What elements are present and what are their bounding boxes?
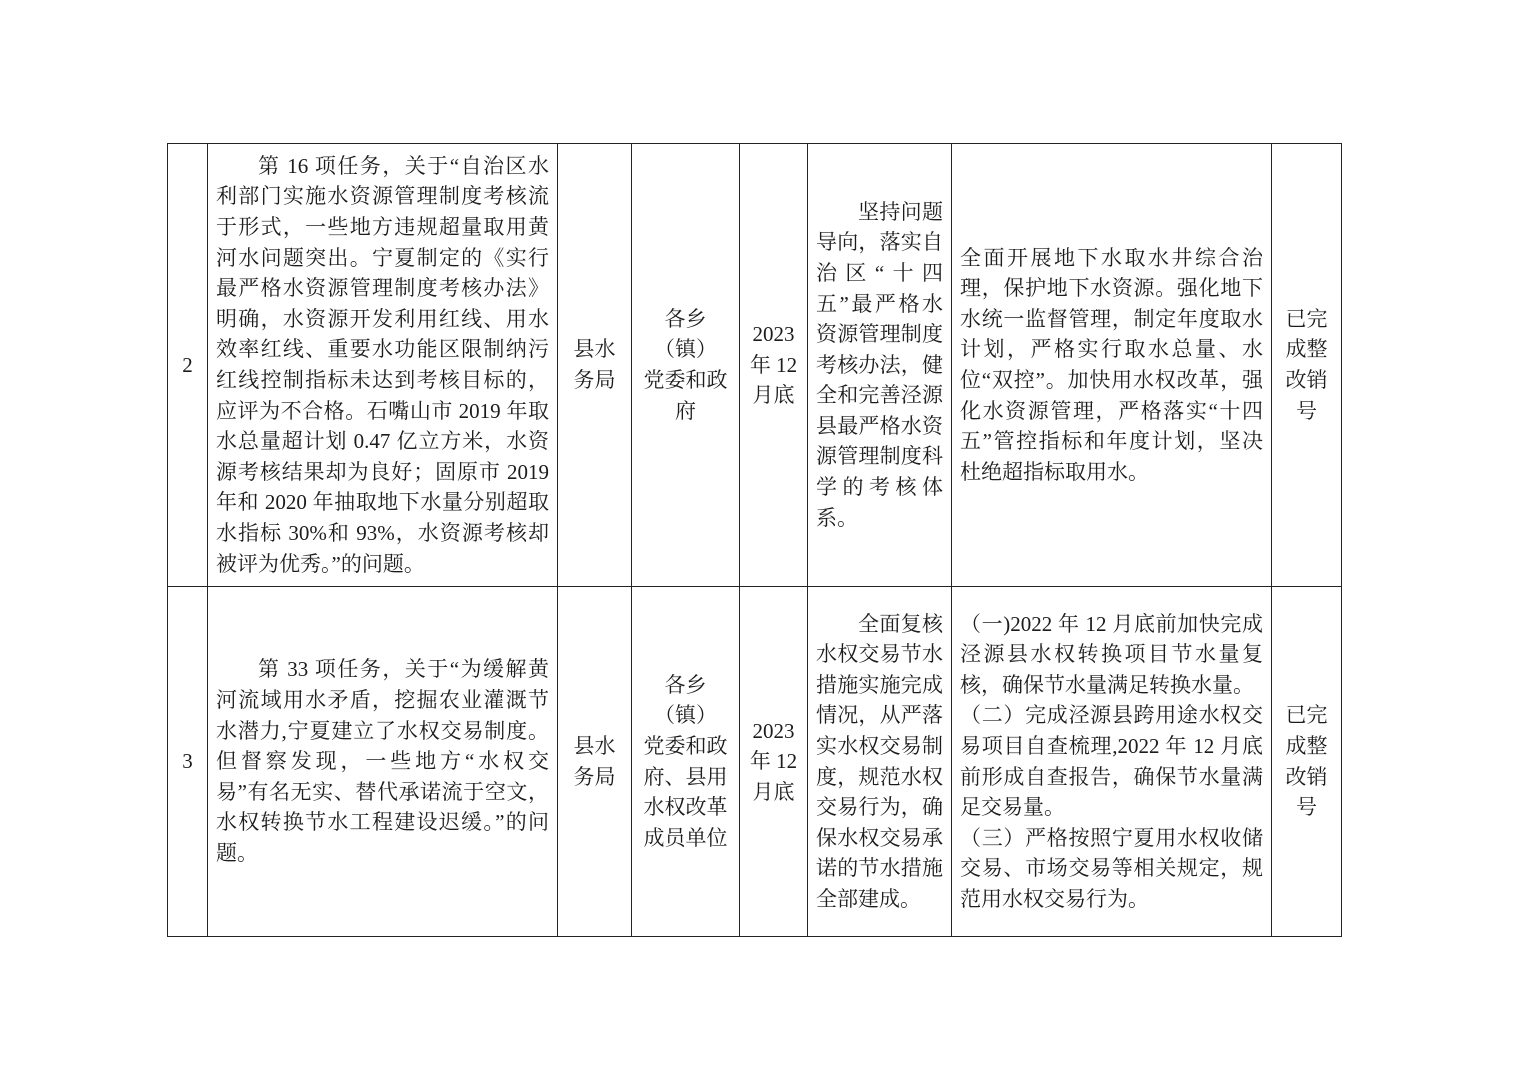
responsible-unit-cell: 县水 务局	[558, 587, 632, 937]
responsible-unit-cell: 县水 务局	[558, 144, 632, 587]
cooperating-unit-cell: 各乡（镇） 党委和政 府	[632, 144, 740, 587]
problem-description-cell: 第 33 项任务，关于“为缓解黄河流域用水矛盾，挖掘农业灌溉节水潜力,宁夏建立了…	[208, 587, 558, 937]
cooperating-unit-cell: 各乡（镇） 党委和政 府、县用 水权改革 成员单位	[632, 587, 740, 937]
deadline-cell: 2023 年 12 月底	[740, 587, 808, 937]
row-number-cell: 2	[168, 144, 208, 587]
rectification-measures-cell: 全面开展地下水取水井综合治理，保护地下水资源。强化地下水统一监督管理，制定年度取…	[952, 144, 1272, 587]
table-row: 2 第 16 项任务，关于“自治区水利部门实施水资源管理制度考核流于形式，一些地…	[168, 144, 1342, 587]
row-number-cell: 3	[168, 587, 208, 937]
rectification-goal-cell: 全面复核水权交易节水措施实施完成情况，从严落实水权交易制度，规范水权交易行为，确…	[808, 587, 952, 937]
rectification-task-table: 2 第 16 项任务，关于“自治区水利部门实施水资源管理制度考核流于形式，一些地…	[167, 143, 1342, 937]
problem-description-cell: 第 16 项任务，关于“自治区水利部门实施水资源管理制度考核流于形式，一些地方违…	[208, 144, 558, 587]
status-cell: 已完 成整 改销 号	[1272, 144, 1342, 587]
rectification-goal-cell: 坚持问题导向，落实自治区“十四五”最严格水资源管理制度考核办法，健全和完善泾源县…	[808, 144, 952, 587]
rectification-measures-cell: （一)2022 年 12 月底前加快完成泾源县水权转换项目节水量复核，确保节水量…	[952, 587, 1272, 937]
status-cell: 已完 成整 改销 号	[1272, 587, 1342, 937]
table-row: 3 第 33 项任务，关于“为缓解黄河流域用水矛盾，挖掘农业灌溉节水潜力,宁夏建…	[168, 587, 1342, 937]
document-page: 2 第 16 项任务，关于“自治区水利部门实施水资源管理制度考核流于形式，一些地…	[0, 0, 1520, 1074]
deadline-cell: 2023 年 12 月底	[740, 144, 808, 587]
